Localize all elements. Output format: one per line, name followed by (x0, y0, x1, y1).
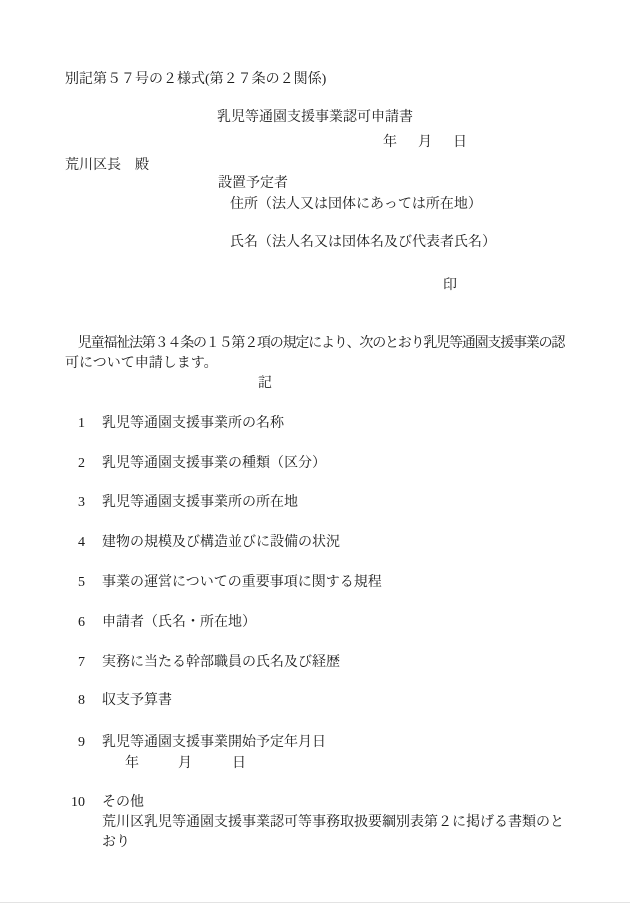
item-number: 4 (63, 533, 85, 553)
list-item: 5 事業の運営についての重要事項に関する規程 (0, 573, 630, 593)
addressee: 荒川区長 殿 (65, 156, 149, 176)
list-item: 2 乳児等通園支援事業の種類（区分） (0, 454, 630, 474)
item-label: 収支予算書 (102, 691, 172, 711)
item-number: 8 (63, 691, 85, 711)
item-number: 6 (63, 613, 85, 633)
list-item: 10 その他 (0, 793, 630, 813)
item-label: 乳児等通園支援事業の種類（区分） (102, 454, 326, 474)
body-paragraph-line1: 児童福祉法第３４条の１５第２項の規定により、次のとおり乳児等通園支援事業の認 (65, 334, 565, 354)
list-item: 6 申請者（氏名・所在地） (0, 613, 630, 633)
list-item: 1 乳児等通園支援事業所の名称 (0, 414, 630, 434)
document-page: { "doc": { "form_number": "別記第５７号の２様式(第２… (0, 0, 630, 903)
list-item: 9 乳児等通園支援事業開始予定年月日 (0, 733, 630, 753)
start-date-day-label: 日 (232, 754, 246, 774)
applicant-name-label: 氏名（法人名又は団体名及び代表者氏名） (230, 233, 496, 253)
start-date-month-label: 月 (178, 754, 192, 774)
item10-note-line2: おり (102, 833, 130, 853)
item-label: 乳児等通園支援事業所の名称 (102, 414, 284, 434)
item-label: 申請者（氏名・所在地） (102, 613, 256, 633)
seal-mark: 印 (443, 276, 457, 296)
header-date-month-label: 月 (418, 133, 432, 153)
item-number: 5 (63, 573, 85, 593)
start-date-year-label: 年 (125, 754, 139, 774)
item-label: その他 (102, 793, 144, 813)
applicant-address-label: 住所（法人又は団体にあっては所在地） (230, 195, 482, 215)
item-label: 建物の規模及び構造並びに設備の状況 (102, 533, 340, 553)
list-item: 8 収支予算書 (0, 691, 630, 711)
ki-marker: 記 (258, 374, 272, 394)
list-item: 7 実務に当たる幹部職員の氏名及び経歴 (0, 653, 630, 673)
item-number: 10 (63, 793, 85, 813)
list-item: 3 乳児等通園支援事業所の所在地 (0, 493, 630, 513)
item10-note-line1: 荒川区乳児等通園支援事業認可等事務取扱要綱別表第２に掲げる書類のと (102, 813, 564, 833)
item-label: 事業の運営についての重要事項に関する規程 (102, 573, 382, 593)
item-number: 3 (63, 493, 85, 513)
item-number: 9 (63, 733, 85, 753)
header-date-day-label: 日 (453, 133, 467, 153)
list-item: 4 建物の規模及び構造並びに設備の状況 (0, 533, 630, 553)
applicant-heading: 設置予定者 (218, 174, 288, 194)
body-paragraph-line2: 可について申請します。 (65, 354, 565, 374)
item-label: 実務に当たる幹部職員の氏名及び経歴 (102, 653, 340, 673)
item-label: 乳児等通園支援事業開始予定年月日 (102, 733, 326, 753)
item-number: 2 (63, 454, 85, 474)
header-date-year-label: 年 (383, 133, 397, 153)
item-number: 7 (63, 653, 85, 673)
item-label: 乳児等通園支援事業所の所在地 (102, 493, 298, 513)
page-title: 乳児等通園支援事業認可申請書 (0, 108, 630, 128)
form-number: 別記第５７号の２様式(第２７条の２関係) (65, 70, 326, 90)
item-number: 1 (63, 414, 85, 434)
